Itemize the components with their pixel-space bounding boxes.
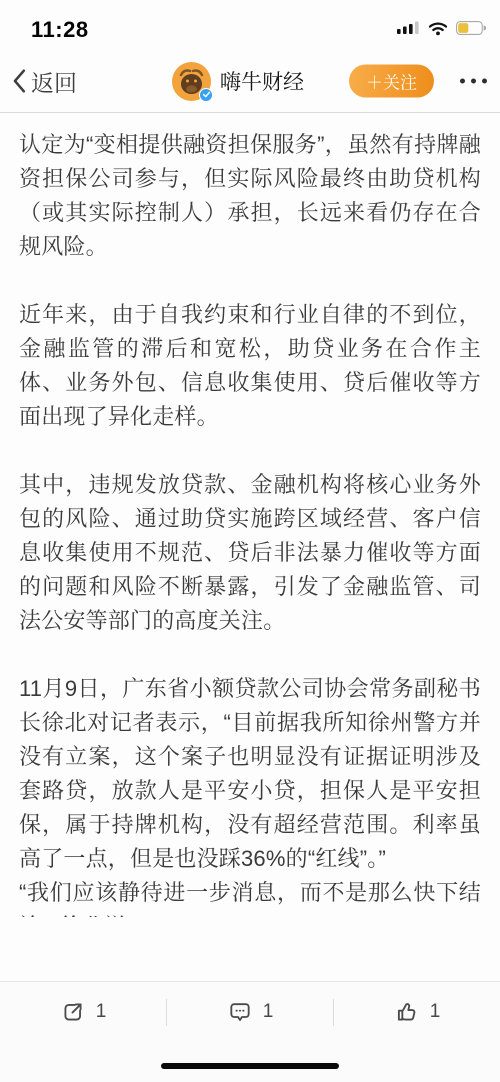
share-count: 1 xyxy=(96,1001,107,1023)
like-count: 1 xyxy=(430,1001,441,1023)
cellular-signal-icon xyxy=(396,20,420,41)
like-button[interactable]: 1 xyxy=(334,992,500,1032)
share-button[interactable]: 1 xyxy=(0,992,166,1032)
article-paragraph: 近年来，由于自我约束和行业自律的不到位，金融监管的滞后和宽松，助贷业务在合作主体… xyxy=(19,298,481,434)
wifi-icon xyxy=(427,20,449,41)
battery-icon xyxy=(456,21,486,40)
follow-button[interactable]: ＋关注 xyxy=(349,65,434,98)
article-body[interactable]: 认定为“变相提供融资担保服务”，虽然有持牌融资担保公司参与，但实际风险最终由助贷… xyxy=(0,113,500,917)
account-name: 嗨牛财经 xyxy=(220,66,304,96)
share-icon xyxy=(60,999,86,1025)
chevron-left-icon xyxy=(13,69,26,93)
comment-count: 1 xyxy=(263,1001,274,1023)
status-icons xyxy=(396,20,486,41)
avatar xyxy=(172,62,211,101)
home-indicator[interactable] xyxy=(161,1063,339,1069)
bottom-action-bar: 1 1 1 xyxy=(0,981,500,1082)
clock-time: 11:28 xyxy=(31,17,89,43)
more-ellipsis-icon xyxy=(460,79,465,84)
article-paragraph: “我们应该静待进一步消息，而不是那么快下结论。”徐北说。 xyxy=(19,876,481,917)
comment-icon xyxy=(227,999,253,1025)
verified-badge-icon xyxy=(199,88,213,102)
account-info[interactable]: 嗨牛财经 xyxy=(172,50,304,112)
header-bar: 返回 嗨牛财经 ＋关注 xyxy=(0,50,500,113)
status-bar: 11:28 xyxy=(0,0,500,50)
more-options-button[interactable] xyxy=(460,73,487,90)
back-label: 返回 xyxy=(31,65,77,98)
article-paragraph: 11月9日，广东省小额贷款公司协会常务副秘书长徐北对记者表示，“目前据我所知徐州… xyxy=(19,672,481,876)
article-paragraph: 其中，违规发放贷款、金融机构将核心业务外包的风险、通过助贷实施跨区域经营、客户信… xyxy=(19,468,481,638)
article-paragraph: 认定为“变相提供融资担保服务”，虽然有持牌融资担保公司参与，但实际风险最终由助贷… xyxy=(19,128,481,264)
thumbs-up-icon xyxy=(394,999,420,1025)
comment-button[interactable]: 1 xyxy=(167,992,333,1032)
back-button[interactable]: 返回 xyxy=(13,50,77,112)
